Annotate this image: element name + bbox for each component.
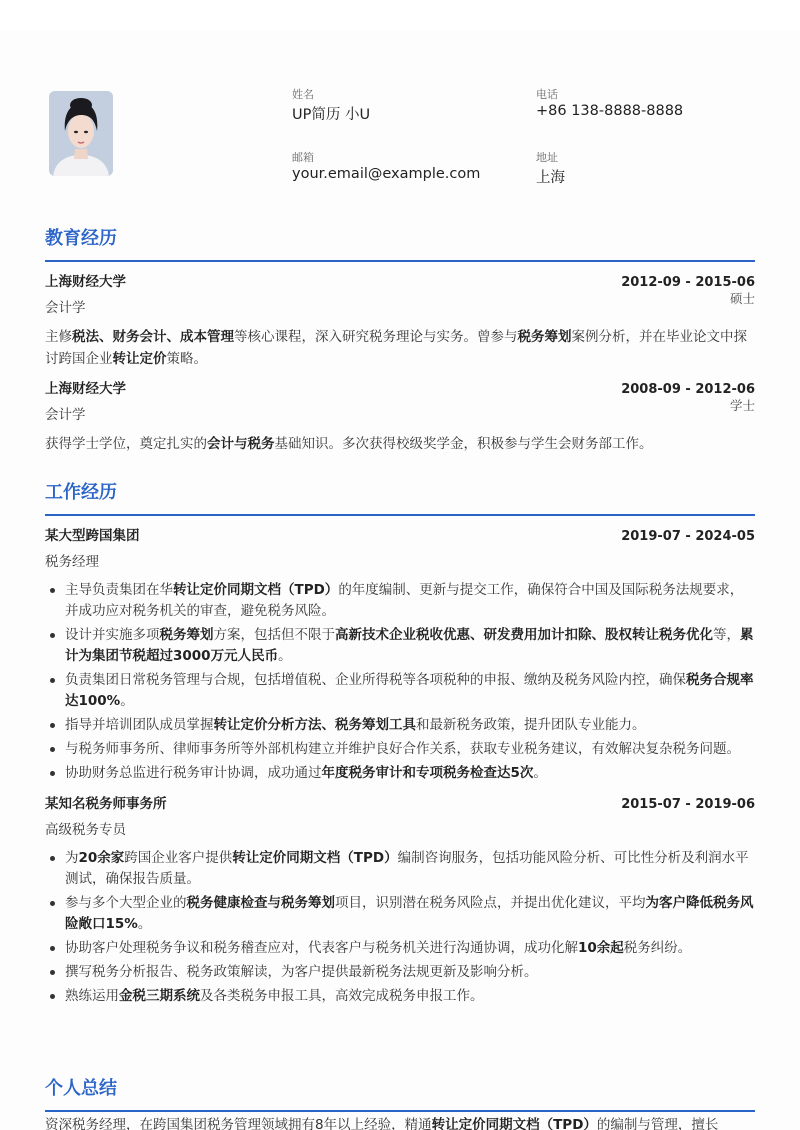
education-entry: 上海财经大学 2012-09 - 2015-06 会计学 硕士 主修税法、财务会…: [45, 270, 755, 370]
body-text: 为: [65, 850, 79, 866]
address-label: 地址: [536, 149, 558, 165]
section-divider: [45, 514, 755, 516]
highlight-text: 税务筹划: [518, 329, 572, 345]
achievement-list: 为20余家跨国企业客户提供转让定价同期文档（TPD）编制咨询服务，包括功能风险分…: [45, 848, 755, 1007]
body-text: 。: [533, 765, 547, 781]
body-text: 主修: [45, 329, 72, 345]
list-item: 协助财务总监进行税务审计协调，成功通过年度税务审计和专项税务检查达5次。: [45, 763, 755, 784]
body-text: 熟练运用: [65, 988, 119, 1004]
highlight-text: 转让定价同期文档（TPD）: [173, 582, 338, 598]
degree: 硕士: [730, 289, 755, 307]
work-entry: 某知名税务师事务所 2015-07 - 2019-06 高级税务专员 为20余家…: [45, 792, 755, 1007]
body-text: 跨国企业客户提供: [124, 850, 232, 866]
list-item: 主导负责集团在华转让定价同期文档（TPD）的年度编制、更新与提交工作，确保符合中…: [45, 580, 755, 622]
body-text: 负责集团日常税务管理与合规，包括增值税、企业所得税等各项税种的申报、缴纳及税务风…: [65, 672, 686, 688]
highlight-text: 转让定价同期文档（TPD）: [232, 850, 397, 866]
highlight-text: 高新技术企业税收优惠、研发费用加计扣除、股权转让税务优化: [335, 627, 713, 643]
entry-date: 2015-07 - 2019-06: [621, 797, 755, 812]
company-name: 某知名税务师事务所: [45, 792, 167, 812]
email-label: 邮箱: [292, 149, 314, 165]
highlight-text: 金税三期系统: [119, 988, 200, 1004]
entry-description: 获得学士学位，奠定扎实的会计与税务基础知识。多次获得校级奖学金，积极参与学生会财…: [45, 433, 755, 455]
work-section: 工作经历 某大型跨国集团 2019-07 - 2024-05 税务经理 主导负责…: [45, 480, 755, 1010]
portrait-icon: [49, 91, 113, 176]
achievement-list: 主导负责集团在华转让定价同期文档（TPD）的年度编制、更新与提交工作，确保符合中…: [45, 580, 755, 784]
job-title: 高级税务专员: [45, 818, 755, 838]
body-text: 撰写税务分析报告、税务政策解读，为客户提供最新税务法规更新及影响分析。: [65, 964, 538, 980]
body-text: 与税务师事务所、律师事务所等外部机构建立并维护良好合作关系，获取专业税务建议，有…: [65, 741, 740, 757]
top-band: [0, 0, 800, 30]
profile-photo: [49, 91, 113, 176]
body-text: 资深税务经理，在跨国集团税务管理领域拥有8年以上经验，精通: [45, 1117, 432, 1130]
list-item: 参与多个大型企业的税务健康检查与税务筹划项目，识别潜在税务风险点，并提出优化建议…: [45, 893, 755, 935]
section-title: 教育经历: [45, 226, 755, 252]
body-text: 策略。: [167, 351, 208, 367]
major: 会计学: [45, 403, 86, 423]
body-text: 税务纠纷。: [624, 940, 692, 956]
body-text: 等核心课程，深入研究税务理论与实务。曾参与: [234, 329, 518, 345]
body-text: 基础知识。多次获得校级奖学金，积极参与学生会财务部工作。: [275, 436, 653, 452]
list-item: 负责集团日常税务管理与合规，包括增值税、企业所得税等各项税种的申报、缴纳及税务风…: [45, 670, 755, 712]
name-label: 姓名: [292, 86, 314, 102]
section-title: 工作经历: [45, 480, 755, 506]
phone-label: 电话: [536, 86, 558, 102]
body-text: 设计并实施多项: [65, 627, 160, 643]
body-text: 指导并培训团队成员掌握: [65, 717, 214, 733]
entry-description: 主修税法、财务会计、成本管理等核心课程，深入研究税务理论与实务。曾参与税务筹划案…: [45, 326, 755, 370]
body-text: 协助客户处理税务争议和税务稽查应对，代表客户与税务机关进行沟通协调，成功化解: [65, 940, 578, 956]
body-text: 主导负责集团在华: [65, 582, 173, 598]
entry-date: 2019-07 - 2024-05: [621, 529, 755, 544]
highlight-text: 转让定价: [113, 351, 167, 367]
phone-value: +86 138-8888-8888: [536, 103, 683, 119]
school-name: 上海财经大学: [45, 270, 126, 290]
highlight-text: 税务健康检查与税务筹划: [187, 895, 336, 911]
entry-date: 2008-09 - 2012-06: [621, 382, 755, 397]
body-text: 参与多个大型企业的: [65, 895, 187, 911]
list-item: 指导并培训团队成员掌握转让定价分析方法、税务筹划工具和最新税务政策，提升团队专业…: [45, 715, 755, 736]
list-item: 为20余家跨国企业客户提供转让定价同期文档（TPD）编制咨询服务，包括功能风险分…: [45, 848, 755, 890]
name-value: UP简历 小U: [292, 103, 370, 124]
list-item: 与税务师事务所、律师事务所等外部机构建立并维护良好合作关系，获取专业税务建议，有…: [45, 739, 755, 760]
highlight-text: 转让定价分析方法、税务筹划工具: [214, 717, 417, 733]
section-divider: [45, 1110, 755, 1112]
body-text: 获得学士学位，奠定扎实的: [45, 436, 207, 452]
summary-text: 资深税务经理，在跨国集团税务管理领域拥有8年以上经验，精通转让定价同期文档（TP…: [45, 1114, 755, 1130]
section-title: 个人总结: [45, 1076, 755, 1102]
education-section: 教育经历 上海财经大学 2012-09 - 2015-06 会计学 硕士 主修税…: [45, 226, 755, 455]
job-title: 税务经理: [45, 550, 755, 570]
highlight-text: 转让定价同期文档（TPD）: [432, 1117, 597, 1130]
entry-date: 2012-09 - 2015-06: [621, 275, 755, 290]
highlight-text: 税法、财务会计、成本管理: [72, 329, 234, 345]
list-item: 协助客户处理税务争议和税务稽查应对，代表客户与税务机关进行沟通协调，成功化解10…: [45, 938, 755, 959]
summary-section: 个人总结 资深税务经理，在跨国集团税务管理领域拥有8年以上经验，精通转让定价同期…: [45, 1076, 755, 1130]
major: 会计学: [45, 296, 86, 316]
education-entry: 上海财经大学 2008-09 - 2012-06 会计学 学士 获得学士学位，奠…: [45, 377, 755, 455]
body-text: 方案，包括但不限于: [214, 627, 336, 643]
highlight-text: 10余起: [578, 940, 624, 956]
company-name: 某大型跨国集团: [45, 524, 140, 544]
highlight-text: 20余家: [79, 850, 125, 866]
body-text: 。: [120, 693, 134, 709]
work-entry: 某大型跨国集团 2019-07 - 2024-05 税务经理 主导负责集团在华转…: [45, 524, 755, 784]
highlight-text: 年度税务审计和专项税务检查达5次: [322, 765, 534, 781]
highlight-text: 会计与税务: [207, 436, 275, 452]
address-value: 上海: [536, 166, 565, 187]
highlight-text: 税务筹划: [160, 627, 214, 643]
list-item: 熟练运用金税三期系统及各类税务申报工具，高效完成税务申报工作。: [45, 986, 755, 1007]
body-text: 及各类税务申报工具，高效完成税务申报工作。: [200, 988, 484, 1004]
body-text: 和最新税务政策，提升团队专业能力。: [416, 717, 646, 733]
list-item: 设计并实施多项税务筹划方案，包括但不限于高新技术企业税收优惠、研发费用加计扣除、…: [45, 625, 755, 667]
degree: 学士: [730, 396, 755, 414]
list-item: 撰写税务分析报告、税务政策解读，为客户提供最新税务法规更新及影响分析。: [45, 962, 755, 983]
school-name: 上海财经大学: [45, 377, 126, 397]
section-divider: [45, 260, 755, 262]
body-text: 。: [138, 916, 152, 932]
body-text: 。: [278, 648, 292, 664]
body-text: 项目，识别潜在税务风险点，并提出优化建议，平均: [335, 895, 646, 911]
body-text: 协助财务总监进行税务审计协调，成功通过: [65, 765, 322, 781]
resume-page: 姓名 UP简历 小U 电话 +86 138-8888-8888 邮箱 your.…: [0, 0, 800, 1130]
body-text: 等，: [713, 627, 740, 643]
email-value: your.email@example.com: [292, 166, 480, 182]
body-text: 的编制与管理，擅长: [597, 1117, 719, 1130]
